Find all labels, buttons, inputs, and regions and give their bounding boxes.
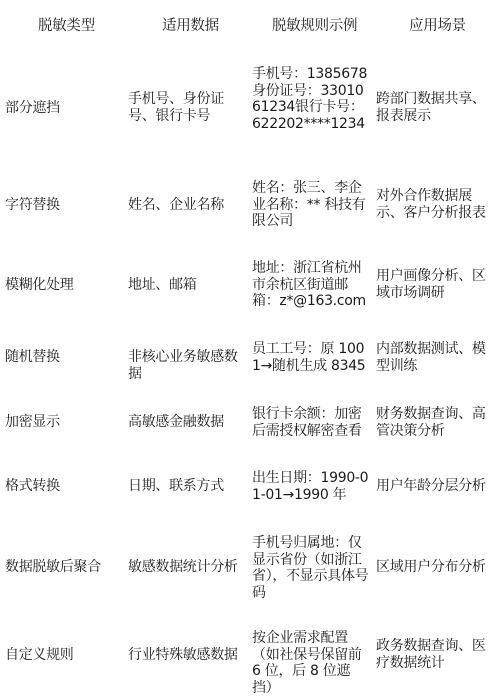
cell-applicable-data: 行业特殊敏感数据 (128, 647, 246, 664)
cell-applicable-data: 非核心业务敏感数据 (128, 349, 246, 382)
cell-application-scenario: 内部数据测试、模型训练 (376, 341, 496, 374)
header-application-scenario: 应用场景 (409, 18, 500, 35)
cell-rule-example: 出生日期：1990-01-01→1990 年 (252, 470, 370, 503)
cell-rule-example: 地址：浙江省杭州市余杭区街道邮箱：z*@163.com (252, 260, 370, 310)
cell-applicable-data: 日期、联系方式 (128, 478, 246, 495)
cell-applicable-data: 敏感数据统计分析 (128, 559, 246, 576)
cell-rule-example: 姓名：张三、李企业名称：** 科技有限公司 (252, 180, 370, 230)
cell-applicable-data: 姓名、企业名称 (128, 197, 246, 214)
cell-masking-type: 数据脱敏后聚合 (5, 559, 123, 576)
table-header-row: 脱敏类型 适用数据 脱敏规则示例 应用场景 (0, 18, 500, 36)
cell-applicable-data: 高敏感金融数据 (128, 414, 246, 431)
cell-rule-example: 员工工号：原 1001→随机生成 8345 (252, 341, 370, 374)
cell-masking-type: 模糊化处理 (5, 277, 123, 294)
cell-masking-type: 加密显示 (5, 414, 123, 431)
header-masking-type: 脱敏类型 (38, 18, 156, 35)
cell-masking-type: 字符替换 (5, 197, 123, 214)
cell-application-scenario: 用户年龄分层分析 (376, 478, 496, 495)
header-rule-example: 脱敏规则示例 (272, 18, 390, 35)
cell-masking-type: 部分遮挡 (5, 100, 123, 117)
cell-applicable-data: 手机号、身份证号、银行卡号 (128, 91, 246, 124)
cell-masking-type: 格式转换 (5, 478, 123, 495)
cell-rule-example: 手机号：1385678身份证号：3301061234银行卡号：622202***… (252, 66, 370, 132)
cell-application-scenario: 对外合作数据展示、客户分析报表 (376, 188, 496, 221)
cell-applicable-data: 地址、邮箱 (128, 277, 246, 294)
cell-masking-type: 自定义规则 (5, 647, 123, 664)
cell-application-scenario: 财务数据查询、高管决策分析 (376, 406, 496, 439)
cell-application-scenario: 政务数据查询、医疗数据统计 (376, 638, 496, 671)
cell-application-scenario: 跨部门数据共享、报表展示 (376, 91, 496, 124)
cell-masking-type: 随机替换 (5, 349, 123, 366)
cell-rule-example: 银行卡余额：加密后需授权解密查看 (252, 406, 370, 439)
cell-rule-example: 手机号归属地：仅显示省份（如浙江省），不显示具体号码 (252, 535, 370, 601)
cell-application-scenario: 区域用户分布分析 (376, 559, 496, 576)
cell-application-scenario: 用户画像分析、区域市场调研 (376, 268, 496, 301)
header-applicable-data: 适用数据 (162, 18, 280, 35)
cell-rule-example: 按企业需求配置（如社保号保留前 6 位，后 8 位遮挡） (252, 630, 370, 696)
